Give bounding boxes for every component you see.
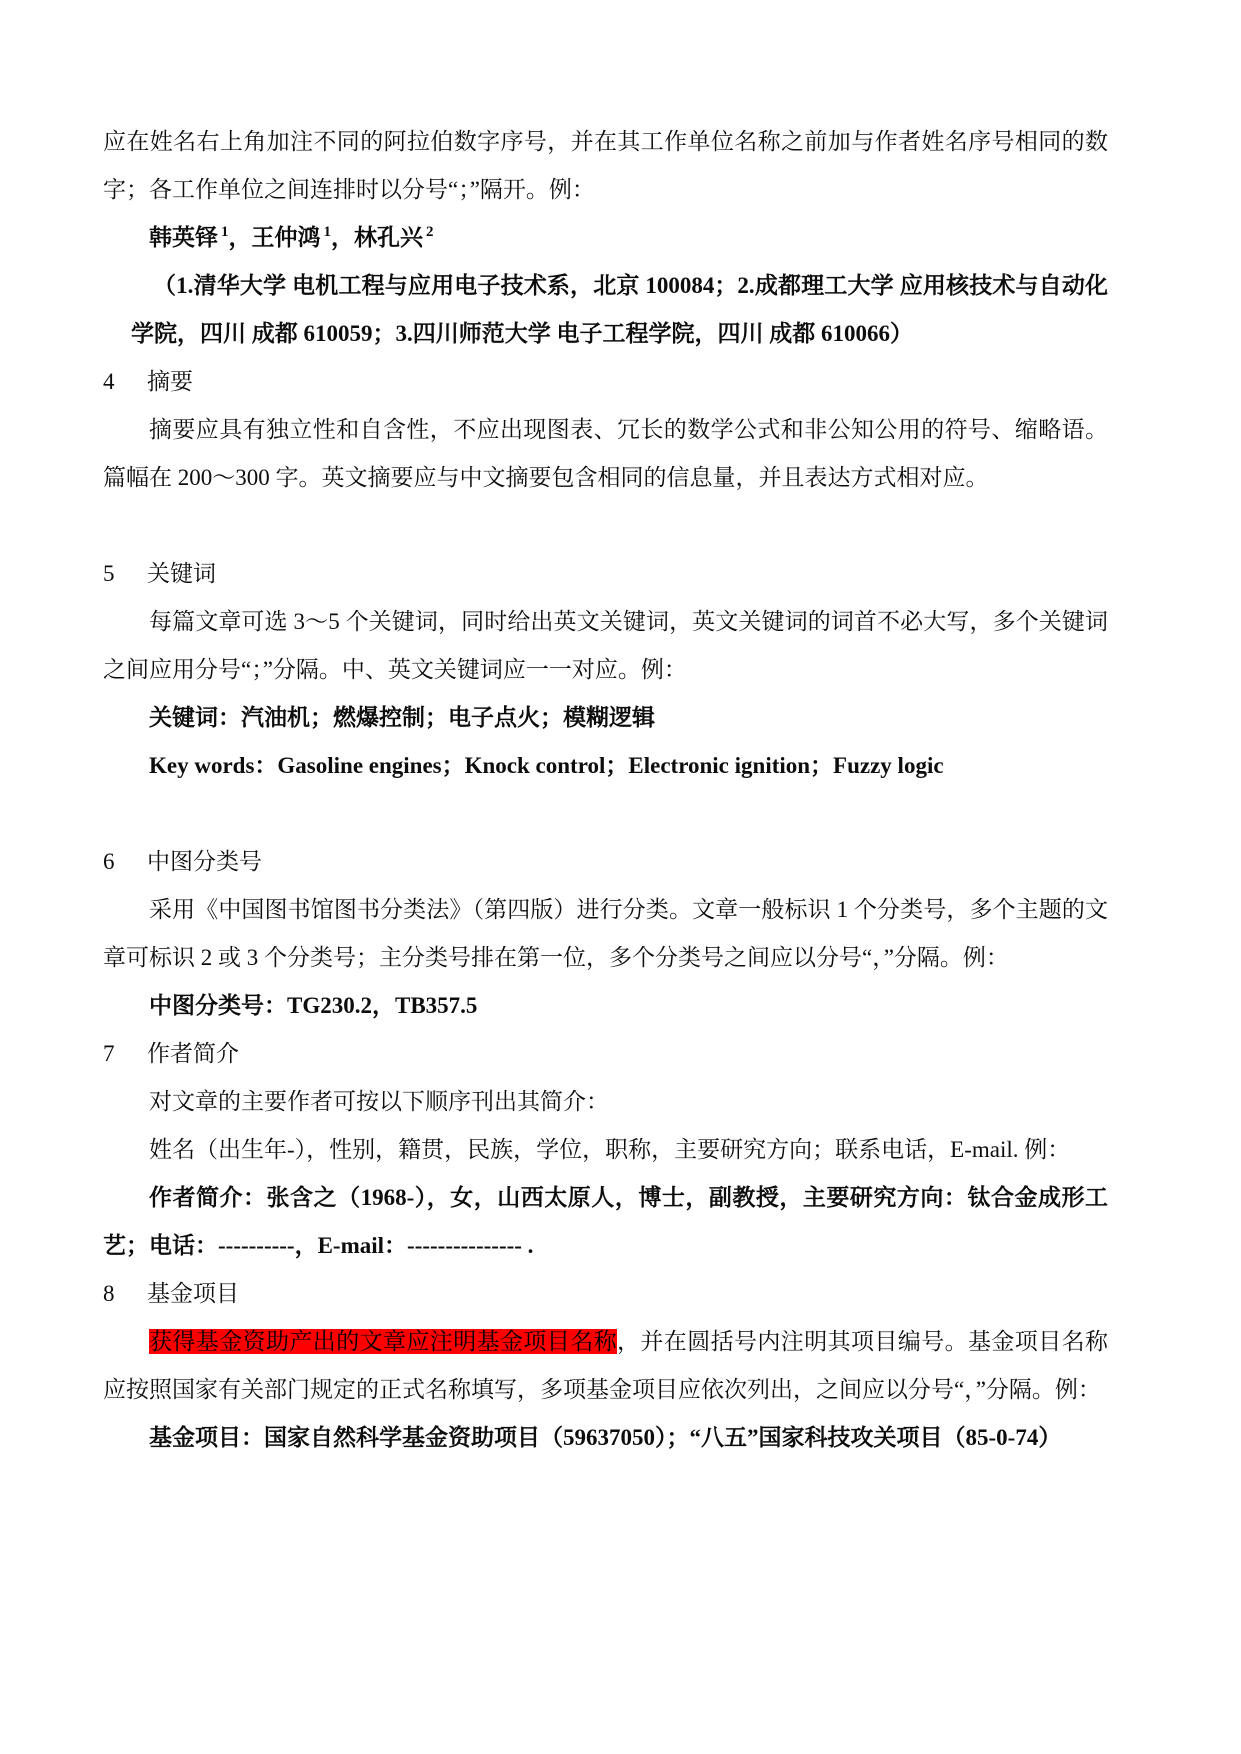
heading-number: 7: [103, 1030, 147, 1078]
keywords-body: 每篇文章可选 3～5 个关键词，同时给出英文关键词，英文关键词的词首不必大写，多…: [103, 598, 1108, 694]
clc-example: 中图分类号：TG230.2，TB357.5: [103, 982, 1108, 1030]
author-name: ，王仲鸿: [229, 225, 321, 250]
blank-line: [103, 790, 1108, 838]
heading-number: 6: [103, 838, 147, 886]
intro-paragraph: 应在姓名右上角加注不同的阿拉伯数字序号，并在其工作单位名称之前加与作者姓名序号相…: [103, 118, 1108, 214]
section-heading-abstract: 4摘要: [103, 358, 1108, 406]
keywords-example-cn: 关键词：汽油机；燃爆控制；电子点火；模糊逻辑: [103, 694, 1108, 742]
keywords-example-en: Key words：Gasoline engines；Knock control…: [103, 742, 1108, 790]
clc-body: 采用《中国图书馆图书分类法》（第四版）进行分类。文章一般标识 1 个分类号，多个…: [103, 886, 1108, 982]
heading-number: 5: [103, 550, 147, 598]
author-superscript: 1: [324, 224, 332, 240]
heading-title: 中图分类号: [147, 849, 262, 874]
author-bio-example: 作者简介：张含之（1968-），女，山西太原人，博士，副教授，主要研究方向：钛合…: [103, 1174, 1108, 1270]
heading-number: 4: [103, 358, 147, 406]
affiliation-example: （1.清华大学 电机工程与应用电子技术系，北京 100084；2.成都理工大学 …: [103, 262, 1108, 358]
abstract-body: 摘要应具有独立性和自含性，不应出现图表、冗长的数学公式和非公知公用的符号、缩略语…: [103, 406, 1108, 502]
section-heading-clc: 6中图分类号: [103, 838, 1108, 886]
author-superscript: 2: [426, 224, 434, 240]
author-name: 韩英铎: [149, 225, 218, 250]
author-name: ，林孔兴: [331, 225, 423, 250]
fund-highlighted-text: 获得基金资助产出的文章应注明基金项目名称: [149, 1329, 617, 1354]
heading-title: 作者简介: [147, 1041, 239, 1066]
heading-title: 基金项目: [147, 1281, 239, 1306]
author-superscript: 1: [221, 224, 229, 240]
authors-example-line: 韩英铎1，王仲鸿1，林孔兴2: [103, 214, 1108, 262]
fund-body: 获得基金资助产出的文章应注明基金项目名称，并在圆括号内注明其项目编号。基金项目名…: [103, 1318, 1108, 1414]
section-heading-author-bio: 7作者简介: [103, 1030, 1108, 1078]
author-bio-intro: 对文章的主要作者可按以下顺序刊出其简介：: [103, 1078, 1108, 1126]
fund-example: 基金项目：国家自然科学基金资助项目（59637050）；“八五”国家科技攻关项目…: [103, 1414, 1108, 1462]
document-page: 应在姓名右上角加注不同的阿拉伯数字序号，并在其工作单位名称之前加与作者姓名序号相…: [0, 0, 1241, 1754]
heading-number: 8: [103, 1270, 147, 1318]
section-heading-fund: 8基金项目: [103, 1270, 1108, 1318]
author-bio-format: 姓名（出生年-），性别，籍贯，民族，学位，职称，主要研究方向；联系电话，E-ma…: [103, 1126, 1108, 1174]
blank-line: [103, 502, 1108, 550]
heading-title: 摘要: [147, 369, 193, 394]
section-heading-keywords: 5关键词: [103, 550, 1108, 598]
heading-title: 关键词: [147, 561, 216, 586]
